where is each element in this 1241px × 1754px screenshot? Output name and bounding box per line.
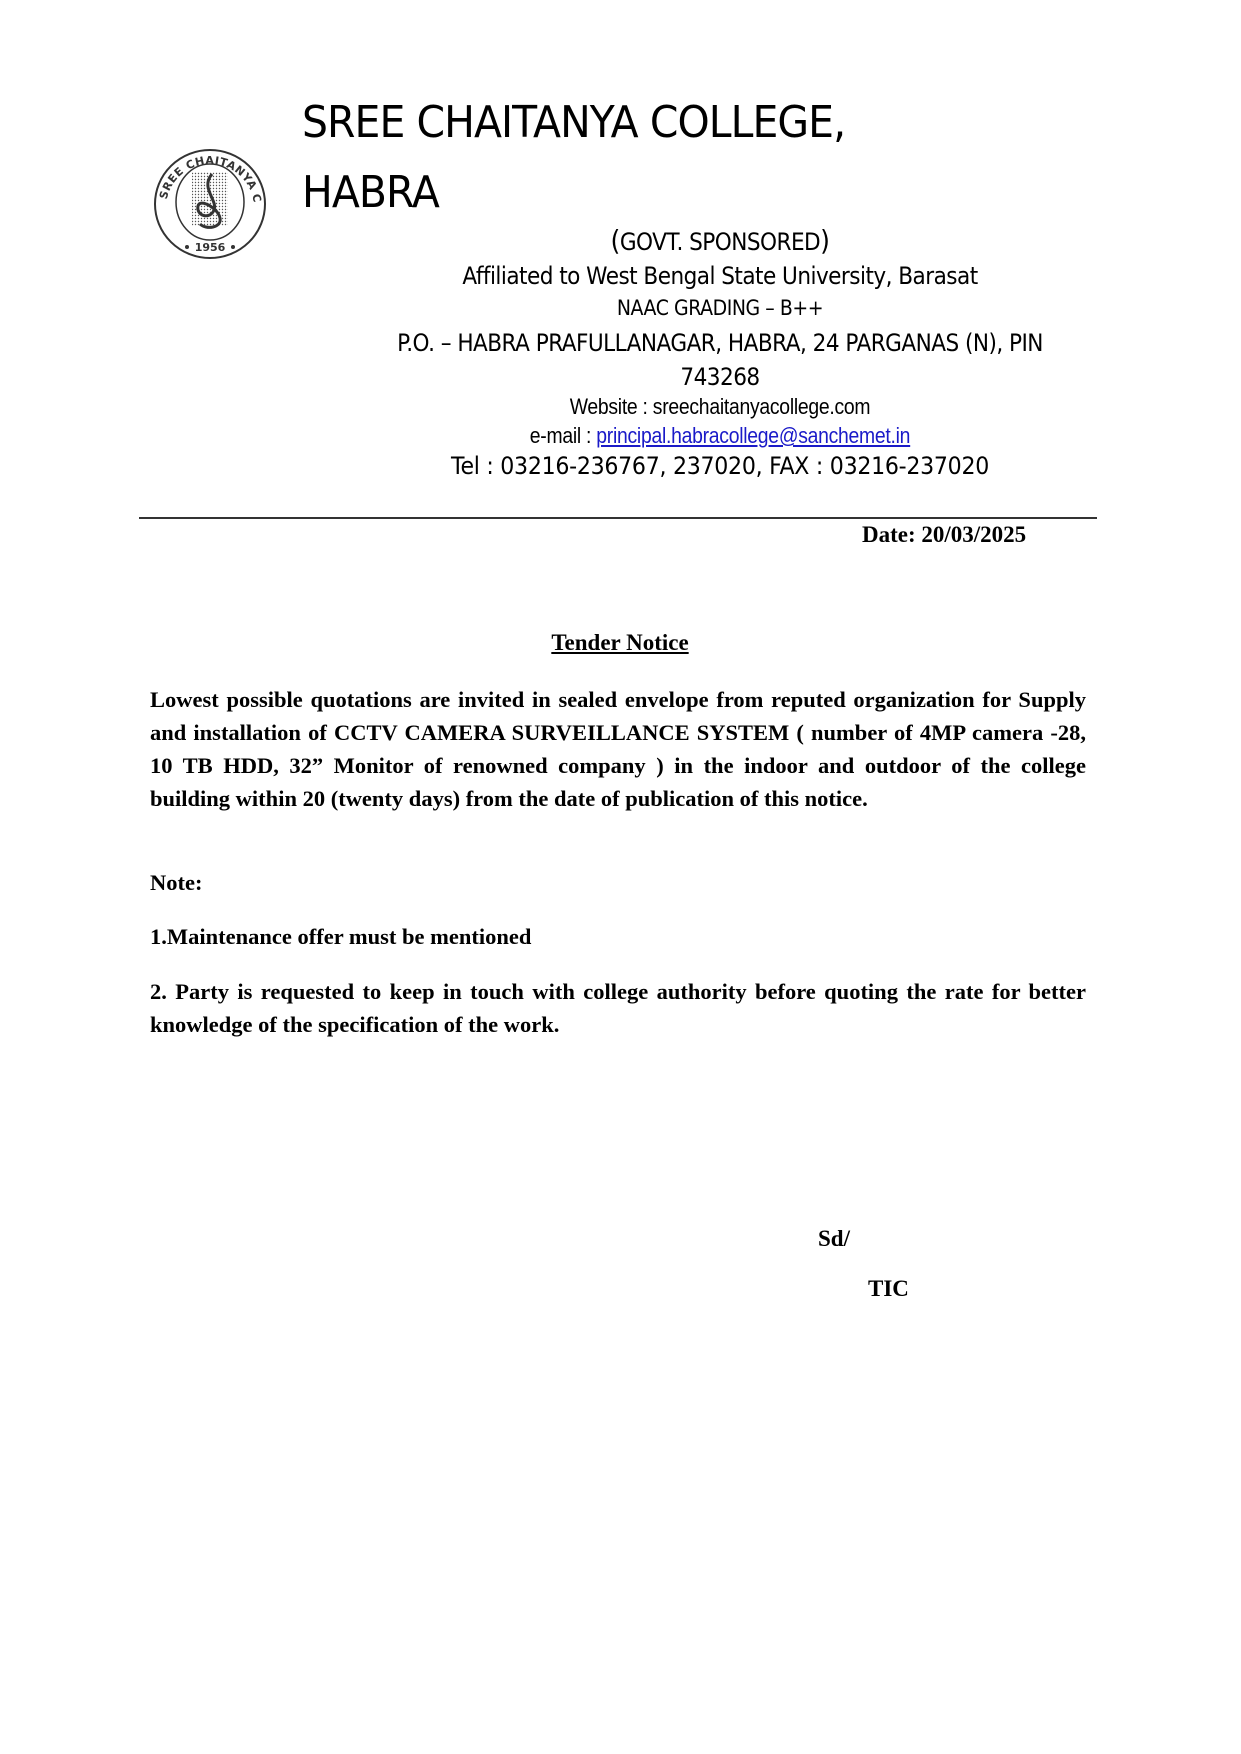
telephone-fax: Tel : 03216-236767, 237020, FAX : 03216-…	[324, 452, 1115, 480]
website-value: sreechaitanyacollege.com	[653, 394, 871, 419]
svg-text:1956: 1956	[195, 241, 226, 254]
notice-title: Tender Notice	[140, 630, 1100, 656]
affiliation: Affiliated to West Bengal State Universi…	[333, 262, 1107, 290]
college-name-line2: HABRA	[302, 158, 1009, 228]
header-divider	[139, 517, 1097, 519]
notice-date: Date: 20/03/2025	[862, 522, 1026, 548]
govt-sponsored: (GOVT. SPONSORED)	[333, 224, 1107, 257]
signature: Sd/	[818, 1226, 850, 1252]
college-name-line1: SREE CHAITANYA COLLEGE,	[302, 88, 1009, 158]
note-item: 2. Party is requested to keep in touch w…	[150, 975, 1086, 1041]
signatory: TIC	[868, 1276, 909, 1302]
note-item: 1.Maintenance offer must be mentioned	[150, 920, 1086, 953]
website: Website : sreechaitanyacollege.com	[342, 394, 1099, 420]
notice-body: Lowest possible quotations are invited i…	[150, 683, 1086, 815]
email: e-mail : principal.habracollege@sancheme…	[342, 423, 1099, 449]
postal-address: P.O. – HABRA PRAFULLANAGAR, HABRA, 24 PA…	[333, 326, 1107, 394]
college-name: SREE CHAITANYA COLLEGE, HABRA	[302, 88, 1009, 228]
note-label: Note:	[150, 866, 1086, 899]
naac-grading: NAAC GRADING – B++	[333, 296, 1107, 320]
email-link[interactable]: principal.habracollege@sanchemet.in	[596, 423, 910, 448]
college-seal-icon: SREE CHAITANYA COLLEGE, HABRA 1956	[152, 148, 268, 260]
